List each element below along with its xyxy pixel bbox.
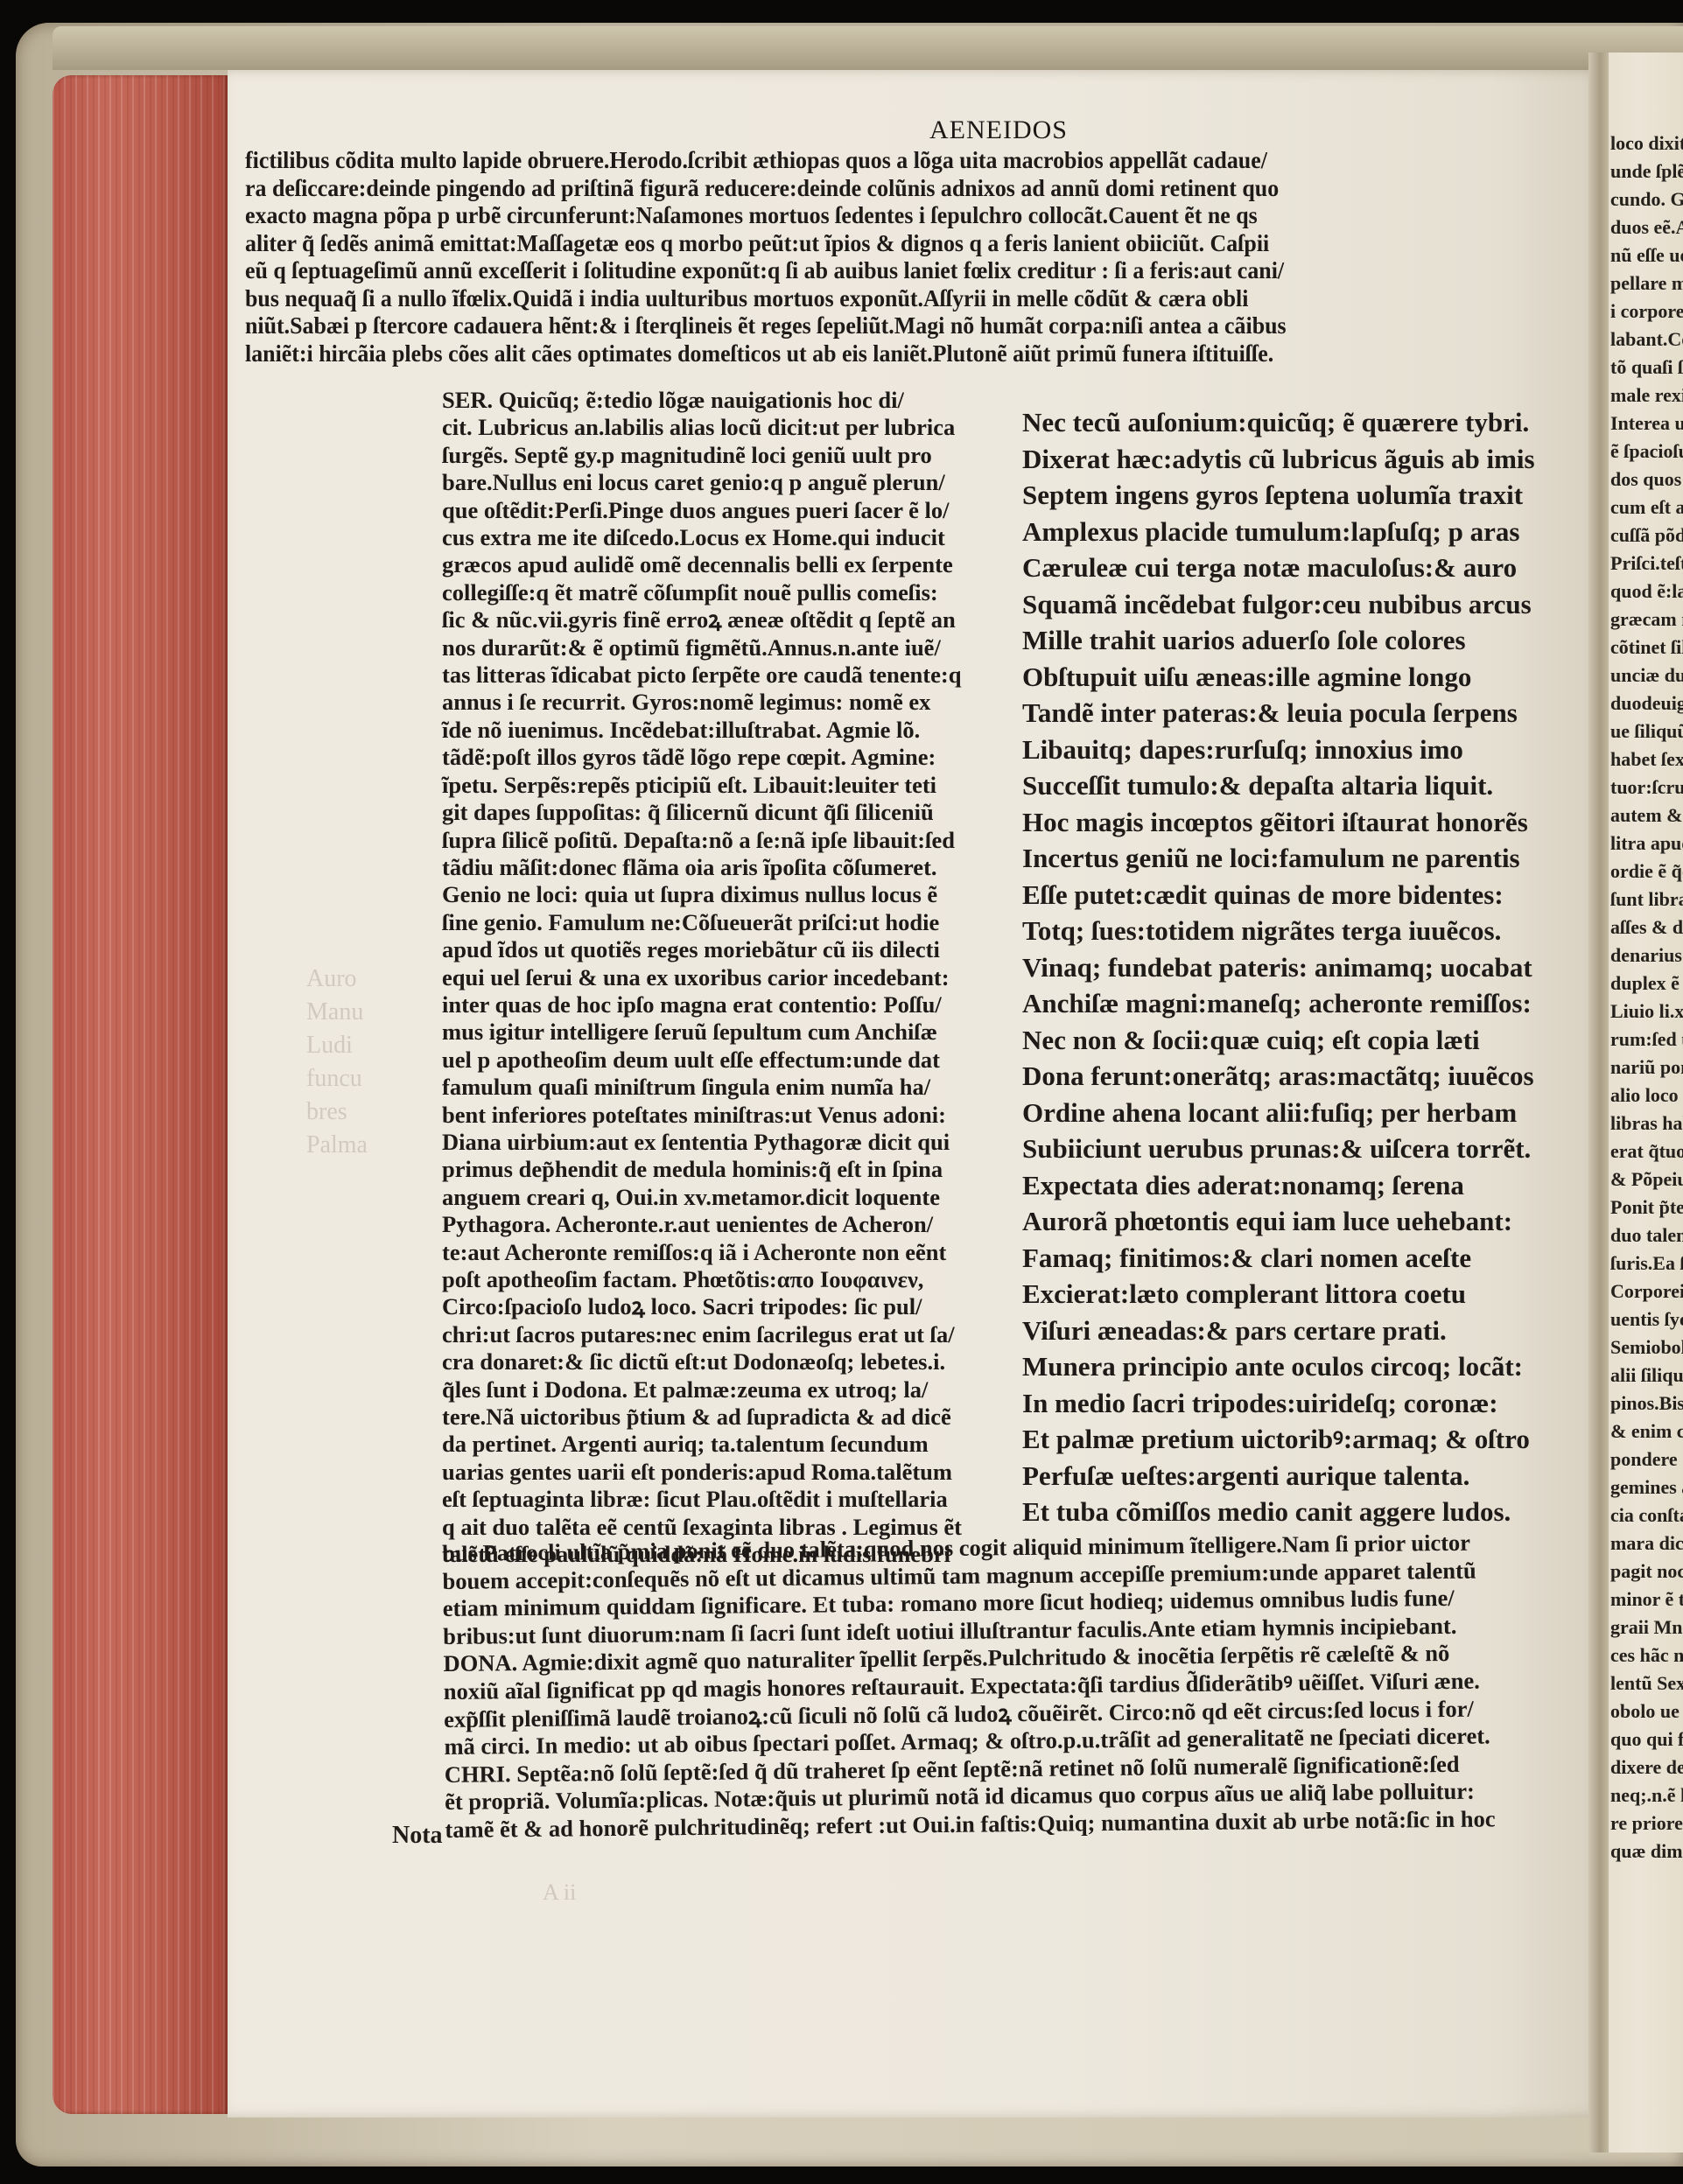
showthrough-word: Ludi [306,1029,368,1062]
facing-page-line: dos quos ſol [1610,465,1683,493]
facing-page-line: ſunt libræ. [1610,885,1683,913]
commentary-line: poſt apotheoſim factam. Phœtõtis:απο Ιου… [442,1266,1002,1293]
verse-line: Obſtupuit uiſu æneas:ille agmine longo [1022,659,1582,696]
facing-page-line: cum eſt apu [1610,493,1683,521]
facing-page-line: tuor:ſcrupu [1610,773,1683,801]
facing-page-line: ue ſiliquũ c [1610,717,1683,745]
commentary-line: eũ q ſeptuageſimũ annũ exceſſerit i ſoli… [245,257,1547,285]
facing-page-line: ẽ ſpacioſus & [1610,437,1683,465]
commentary-line: eſt ſeptuaginta libræ: ſicut Plau.oſtẽdi… [442,1486,1002,1513]
margin-note: Nota [392,1822,443,1850]
facing-page-line: graii Mna [1610,1613,1683,1641]
verse-line: Famaq; finitimos:& clari nomen aceſte [1022,1240,1582,1277]
facing-page-line: autem & lib [1610,801,1683,829]
facing-page-line: denarius:ẽ [1610,941,1683,969]
commentary-line: ſurgẽs. Septẽ gy.p magnitudinẽ loci geni… [442,442,1002,469]
commentary-line: laniẽt:i hircãia plebs cões alit cães op… [245,340,1547,368]
facing-page-line: alio loco de [1610,1081,1683,1109]
facing-page-line: & Põpeius e [1610,1165,1683,1193]
commentary-line: niũt.Sabæi p ſtercore cadauera hẽnt:& i … [245,312,1547,340]
commentary-line: famulum quaſi miniſtrum ſingula enim num… [442,1074,1002,1101]
facing-page-line: obolo ue n [1610,1697,1683,1725]
facing-page-line: ces hãc no [1610,1641,1683,1669]
commentary-line: aliter q̃ ſedẽs animã emittat:Maſſagetæ … [245,230,1547,258]
facing-page-line: Semiobolo [1610,1333,1683,1361]
verse-line: Dona ferunt:onerãtq; aras:mactãtq; iuuẽc… [1022,1058,1582,1095]
facing-page-line: pondere d [1610,1445,1683,1473]
commentary-line: ſic & nũc.vii.gyris finẽ erroꝝ æneæ oſtẽ… [442,606,1002,633]
facing-page-line: quo qui f [1610,1725,1683,1753]
commentary-line: ſupra ſilicẽ poſitũ. Depaſta:nõ a ſe:nã … [442,827,1002,854]
facing-page-line: minor ẽ te [1610,1585,1683,1613]
commentary-line: græcos apud aulidẽ omẽ decennalis belli … [442,551,1002,578]
commentary-line: cus extra me ite diſcedo.Locus ex Home.q… [442,524,1002,551]
facing-page-line: i corpore ſũ [1610,297,1683,325]
facing-page-line: & enim cu [1610,1417,1683,1445]
commentary-line: ra deſiccare:deinde pingendo ad priſtinã… [245,175,1547,203]
verse-line: Subiiciunt uerubus prunas:& uiſcera torr… [1022,1130,1582,1167]
facing-page-line: Corporeis e [1610,1277,1683,1305]
facing-page-line: alii ſiliquis [1610,1361,1683,1389]
facing-page-line: pellare mini [1610,269,1683,297]
signature-mark: A ii [543,1879,576,1906]
commentary-line: annus i ſe recurrit. Gyros:nomẽ legimus:… [442,689,1002,716]
facing-page-line: loco dixit n [1610,129,1683,157]
commentary-line: fictilibus cõdita multo lapide obruere.H… [245,147,1547,175]
verse-line: Et palmæ pretium uictoribꝰ:armaq; & oſtr… [1022,1421,1582,1458]
verse-column: Nec tecũ auſonium:quicũq; ẽ quærere tybr… [1022,404,1582,1530]
commentary-line: bus nequaq̃ ſi a nullo ĩfœlix.Quidã i in… [245,285,1547,313]
facing-page-line: nũ eſſe uolũ [1610,241,1683,269]
verse-line: In medio ſacri tripodes:uirideſq; coronæ… [1022,1385,1582,1422]
commentary-line: primus dep̃hendit de medula hominis:q̃ e… [442,1156,1002,1183]
facing-page-line: duos eẽ.Alt [1610,213,1683,241]
facing-page-line: libras habe [1610,1109,1683,1137]
facing-page-line: gemines ac [1610,1473,1683,1501]
facing-page-line: quæ dimi [1610,1837,1683,1865]
commentary-line: anguem creari q, Oui.in xv.metamor.dicit… [442,1184,1002,1211]
commentary-line: cit. Lubricus an.labilis alias locũ dici… [442,414,1002,441]
verse-line: Nec tecũ auſonium:quicũq; ẽ quærere tybr… [1022,404,1582,441]
commentary-line: tãdiu mãſit:donec flãma oia aris ĩpoſita… [442,854,1002,881]
commentary-line: q̃les ſunt i Dodona. Et palmæ:zeuma ex u… [442,1376,1002,1403]
facing-page-line: Interea uolu [1610,409,1683,437]
facing-page-line: male rexit.F [1610,381,1683,409]
facing-page-line: mara dicta [1610,1529,1683,1557]
facing-page-line: erat q̃tuor [1610,1137,1683,1165]
verse-line: Ordine ahena locant alii:fuſiq; per herb… [1022,1095,1582,1131]
commentary-line: nos durarũt:& ẽ optimũ figmẽtũ.Annus.n.a… [442,634,1002,661]
cover-top-edge [53,26,1683,70]
facing-page-line: neq;.n.ẽ h [1610,1781,1683,1809]
commentary-line: ſine genio. Famulum ne:Cõſueuerãt priſci… [442,909,1002,936]
facing-page-line: duo talenta [1610,1221,1683,1249]
verse-line: Mille trahit uarios aduerſo ſole colores [1022,622,1582,659]
commentary-line: que oſtẽdit:Perſi.Pinge duos angues puer… [442,497,1002,524]
facing-page-line: lentũ Sexa [1610,1669,1683,1697]
commentary-line: uel p apotheoſim deum uult eſſe effectum… [442,1046,1002,1074]
facing-page-line: pinos.Bis d [1610,1389,1683,1417]
facing-page-line: habet ſextul [1610,745,1683,773]
commentary-line: uarias gentes uarii eſt ponderis:apud Ro… [442,1459,1002,1486]
verse-line: Munera principio ante oculos circoq; loc… [1022,1348,1582,1385]
commentary-bottom-block: bus Patrocli ultĩa p̃mia ponit eẽ duo ta… [442,1528,1609,1844]
verse-line: Tandẽ inter pateras:& leuia pocula ſerpe… [1022,695,1582,731]
verse-line: Squamã incẽdebat fulgor:ceu nubibus arcu… [1022,586,1582,623]
commentary-line: mus igitur intelligere ſeruũ ſepultum cu… [442,1018,1002,1046]
facing-page-line: labant.Cõtr [1610,325,1683,353]
facing-page-line: cõtinet ſiliqu [1610,633,1683,661]
commentary-line: exacto magna põpa p urbẽ circunferunt:Na… [245,202,1547,230]
verse-line: Libauitq; dapes:rurſuſq; innoxius imo [1022,731,1582,768]
facing-page-line: quod ẽ:latin [1610,577,1683,605]
showthrough-word: Manu [306,996,368,1029]
commentary-line: tere.Nã uictoribus p̃tium & ad ſupradict… [442,1403,1002,1431]
commentary-line: collegiſſe:q ẽt matrẽ cõſumpſit nouẽ pul… [442,579,1002,606]
verse-line: Nec non & ſocii:quæ cuiq; eſt copia læti [1022,1022,1582,1059]
verse-line: Aurorã phœtontis equi iam luce uehebant: [1022,1203,1582,1240]
commentary-line: bare.Nullus eni locus caret genio:q p an… [442,469,1002,496]
commentary-line: Pythagora. Acheronte.r.aut uenientes de … [442,1211,1002,1238]
facing-page-line: litra apud a [1610,829,1683,857]
facing-page-line: rum:ſed u [1610,1025,1683,1053]
facing-page-line: dixere deu [1610,1753,1683,1781]
showthrough-word: Auro [306,962,368,996]
commentary-line: Circo:ſpacioſo ludoꝝ loco. Sacri tripode… [442,1293,1002,1320]
running-head: AENEIDOS [929,115,1068,145]
commentary-line: equi uel ſerui & una ex uxoribus carior … [442,964,1002,991]
verse-line: Eſſe putet:cædit quinas de more bidentes… [1022,877,1582,913]
showthrough-word: funcu [306,1062,368,1095]
facing-page-line: tõ quaſi ſple [1610,353,1683,381]
commentary-line: Diana uirbium:aut ex ſententia Pythagoræ… [442,1129,1002,1156]
commentary-line: inter quas de hoc ipſo magna erat conten… [442,991,1002,1018]
verse-line: Incertus geniũ ne loci:famulum ne parent… [1022,840,1582,877]
commentary-line: ĩpetu. Serpẽs:repẽs pticipiũ eſt. Libaui… [442,772,1002,799]
showthrough-word: bres [306,1095,368,1129]
verse-line: Dixerat hæc:adytis cũ lubricus ãguis ab … [1022,441,1582,478]
red-fore-edge [53,75,228,2114]
verse-line: Vinaq; fundebat pateris: animamq; uocaba… [1022,949,1582,986]
facing-page-text: loco dixit nunde ſplẽdocundo. Geduos eẽ.… [1610,129,1683,1865]
verse-line: Anchiſæ magni:maneſq; acheronte remiſſos… [1022,985,1582,1022]
commentary-line: chri:ut ſacros putares:nec enim ſacrileg… [442,1321,1002,1348]
facing-page-line: unciæ duos [1610,661,1683,689]
showthrough-word: Palma [306,1129,368,1162]
facing-page-line: pagit noctẽ [1610,1557,1683,1585]
facing-page-line: ordie ẽ q̃dr [1610,857,1683,885]
facing-page-line: unde ſplẽdo [1610,157,1683,185]
verse-line: Amplexus placide tumulum:lapſuſq; p aras [1022,514,1582,550]
commentary-line: apud ĩdos ut quotiẽs reges moriebãtur cũ… [442,936,1002,963]
facing-page-line: duodeuigin [1610,689,1683,717]
commentary-line: bent inferiores poteſtates miniſtras:ut … [442,1102,1002,1129]
facing-page-line: cundo. Ge [1610,185,1683,213]
commentary-line: Genio ne loci: quia ut ſupra diximus nul… [442,881,1002,908]
commentary-left-column: SER. Quicũq; ẽ:tedio lõgæ nauigationis h… [442,387,1002,1568]
verse-line: Cæruleæ cui terga notæ maculoſus:& auro [1022,549,1582,586]
facing-page-line: ſuris.Ea ſu [1610,1249,1683,1277]
facing-page-line: nariũ pon [1610,1053,1683,1081]
facing-page-line: duplex ẽ a [1610,969,1683,997]
verse-line: Perfuſæ ueſtes:argenti aurique talenta. [1022,1458,1582,1494]
facing-page-line: aſſes & din [1610,913,1683,941]
showthrough-marginalia: AuroManuLudifuncubresPalma [306,962,368,1162]
verse-line: Hoc magis incœptos gẽitori iſtaurat hono… [1022,804,1582,841]
verse-line: Et tuba cõmiſſos medio canit aggere ludo… [1022,1494,1582,1530]
commentary-line: ĩde nõ iuenimus. Incẽdebat:illuſtrabat. … [442,717,1002,744]
commentary-line: tãdẽ:poſt illos gyros tãdẽ lõgo repe cœp… [442,744,1002,771]
commentary-line: git dapes ſuppoſitas: q̃ ſilicernũ dicun… [442,799,1002,826]
verse-line: Septem ingens gyros ſeptena uolumĩa trax… [1022,477,1582,514]
facing-page-line: cuſſã põderis [1610,521,1683,549]
verse-line: Succeſſit tumulo:& depaſta altaria liqui… [1022,767,1582,804]
commentary-line: cra donaret:& ſic dictũ eſt:ut Dodonæoſq… [442,1348,1002,1375]
verse-line: Expectata dies aderat:nonamq; ſerena [1022,1167,1582,1204]
commentary-line: tas litteras ĩdicabat picto ſerpẽte ore … [442,661,1002,689]
commentary-line: da pertinet. Argenti auriq; ta.talentum … [442,1431,1002,1458]
commentary-line: te:aut Acheronte remiſſos:q iã i Acheron… [442,1239,1002,1266]
verse-line: Viſuri æneadas:& pars certare prati. [1022,1312,1582,1349]
facing-page-line: Ponit p̃tere [1610,1193,1683,1221]
facing-page-line: re priores [1610,1809,1683,1837]
commentary-top-block: fictilibus cõdita multo lapide obruere.H… [245,147,1547,367]
verse-line: Totq; ſues:totidem nigrãtes terga iuuẽco… [1022,913,1582,949]
commentary-line: SER. Quicũq; ẽ:tedio lõgæ nauigationis h… [442,387,1002,414]
facing-page-line: Priſci.teſte ſe [1610,549,1683,577]
verse-line: Excierat:læto complerant littora coetu [1022,1276,1582,1312]
facing-page-line: Liuio li.xx [1610,997,1683,1025]
facing-page-line: cia conſtat. [1610,1501,1683,1529]
facing-page-line: græcam non [1610,605,1683,633]
facing-page-line: uentis ſyde [1610,1305,1683,1333]
